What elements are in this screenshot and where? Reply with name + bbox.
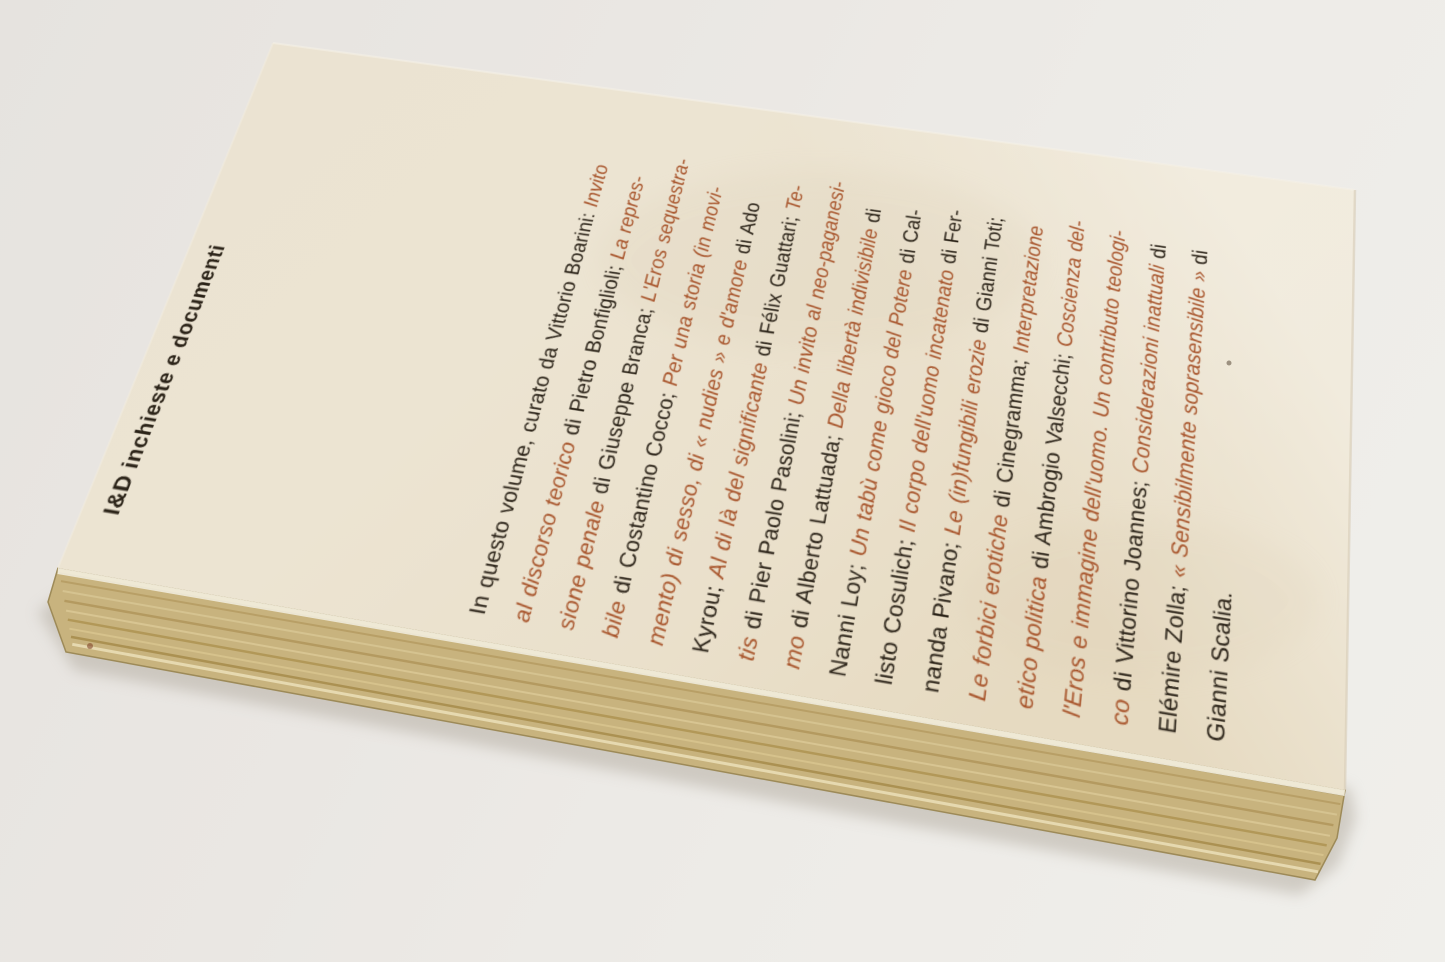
cover-speck	[87, 643, 93, 649]
title-segment: Invito	[580, 163, 614, 208]
name-segment: di Ado	[731, 201, 765, 256]
title-segment: tis	[733, 627, 765, 663]
name-segment: di Gianni Toti;	[969, 215, 1008, 334]
name-segment: Kyrou;	[688, 576, 729, 655]
name-segment: di Fer-	[937, 208, 968, 265]
photo-backdrop: I&D inchieste e documenti In questo volu…	[0, 0, 1445, 962]
name-segment: Nanni Loy;	[825, 554, 871, 679]
name-segment: di	[861, 207, 886, 224]
title-segment: Interpretazione	[1009, 224, 1048, 354]
title-segment: etico politica	[1012, 567, 1054, 711]
name-segment: Gianni Scalia.	[1203, 589, 1238, 744]
name-segment: di Cal-	[895, 208, 927, 265]
name-segment: di	[1188, 248, 1212, 266]
title-segment: Te-	[782, 184, 809, 212]
name-segment: Elémire Zolla;	[1155, 575, 1192, 735]
title-segment: Considerazioni inattuali	[1128, 257, 1170, 475]
title-segment: Coscienza del-	[1053, 219, 1090, 349]
title-segment: mo	[779, 626, 812, 671]
name-segment: di	[1147, 242, 1172, 260]
back-cover-text: In questo volume, curato da Vittorio Boa…	[456, 114, 1267, 746]
title-segment: bile	[598, 591, 634, 639]
title-segment: co	[1107, 689, 1137, 728]
name-segment: di Vittorino Joannes;	[1110, 471, 1154, 693]
